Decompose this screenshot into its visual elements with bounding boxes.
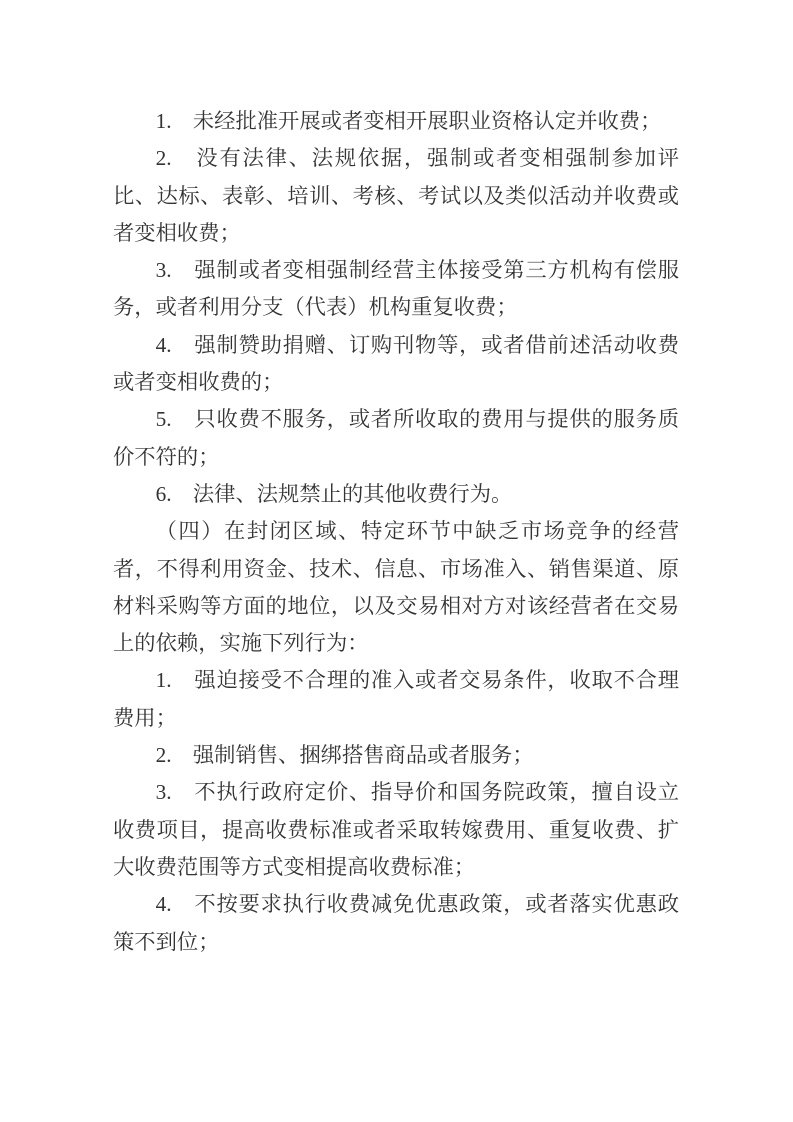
numbered-list-item: 4. 强制赞助捐赠、订购刊物等，或者借前述活动收费或者变相收费的； bbox=[113, 327, 679, 402]
section-paragraph: （四）在封闭区域、特定环节中缺乏市场竞争的经营者，不得利用资金、技术、信息、市场… bbox=[113, 513, 679, 662]
numbered-list-item: 2. 没有法律、法规依据，强制或者变相强制参加评比、达标、表彰、培训、考核、考试… bbox=[113, 140, 679, 252]
document-page: 1. 未经批准开展或者变相开展职业资格认定并收费； 2. 没有法律、法规依据，强… bbox=[0, 0, 793, 1122]
numbered-list-item: 1. 强迫接受不合理的准入或者交易条件，收取不合理费用； bbox=[113, 662, 679, 737]
numbered-list-item: 6. 法律、法规禁止的其他收费行为。 bbox=[113, 476, 679, 513]
numbered-list-item: 3. 强制或者变相强制经营主体接受第三方机构有偿服务，或者利用分支（代表）机构重… bbox=[113, 252, 679, 327]
numbered-list-item: 4. 不按要求执行收费减免优惠政策，或者落实优惠政策不到位； bbox=[113, 886, 679, 961]
numbered-list-item: 1. 未经批准开展或者变相开展职业资格认定并收费； bbox=[113, 103, 679, 140]
page-content: 1. 未经批准开展或者变相开展职业资格认定并收费； 2. 没有法律、法规依据，强… bbox=[113, 103, 679, 961]
numbered-list-item: 5. 只收费不服务，或者所收取的费用与提供的服务质价不符的； bbox=[113, 401, 679, 476]
numbered-list-item: 2. 强制销售、捆绑搭售商品或者服务； bbox=[113, 737, 679, 774]
numbered-list-item: 3. 不执行政府定价、指导价和国务院政策，擅自设立收费项目，提高收费标准或者采取… bbox=[113, 774, 679, 886]
